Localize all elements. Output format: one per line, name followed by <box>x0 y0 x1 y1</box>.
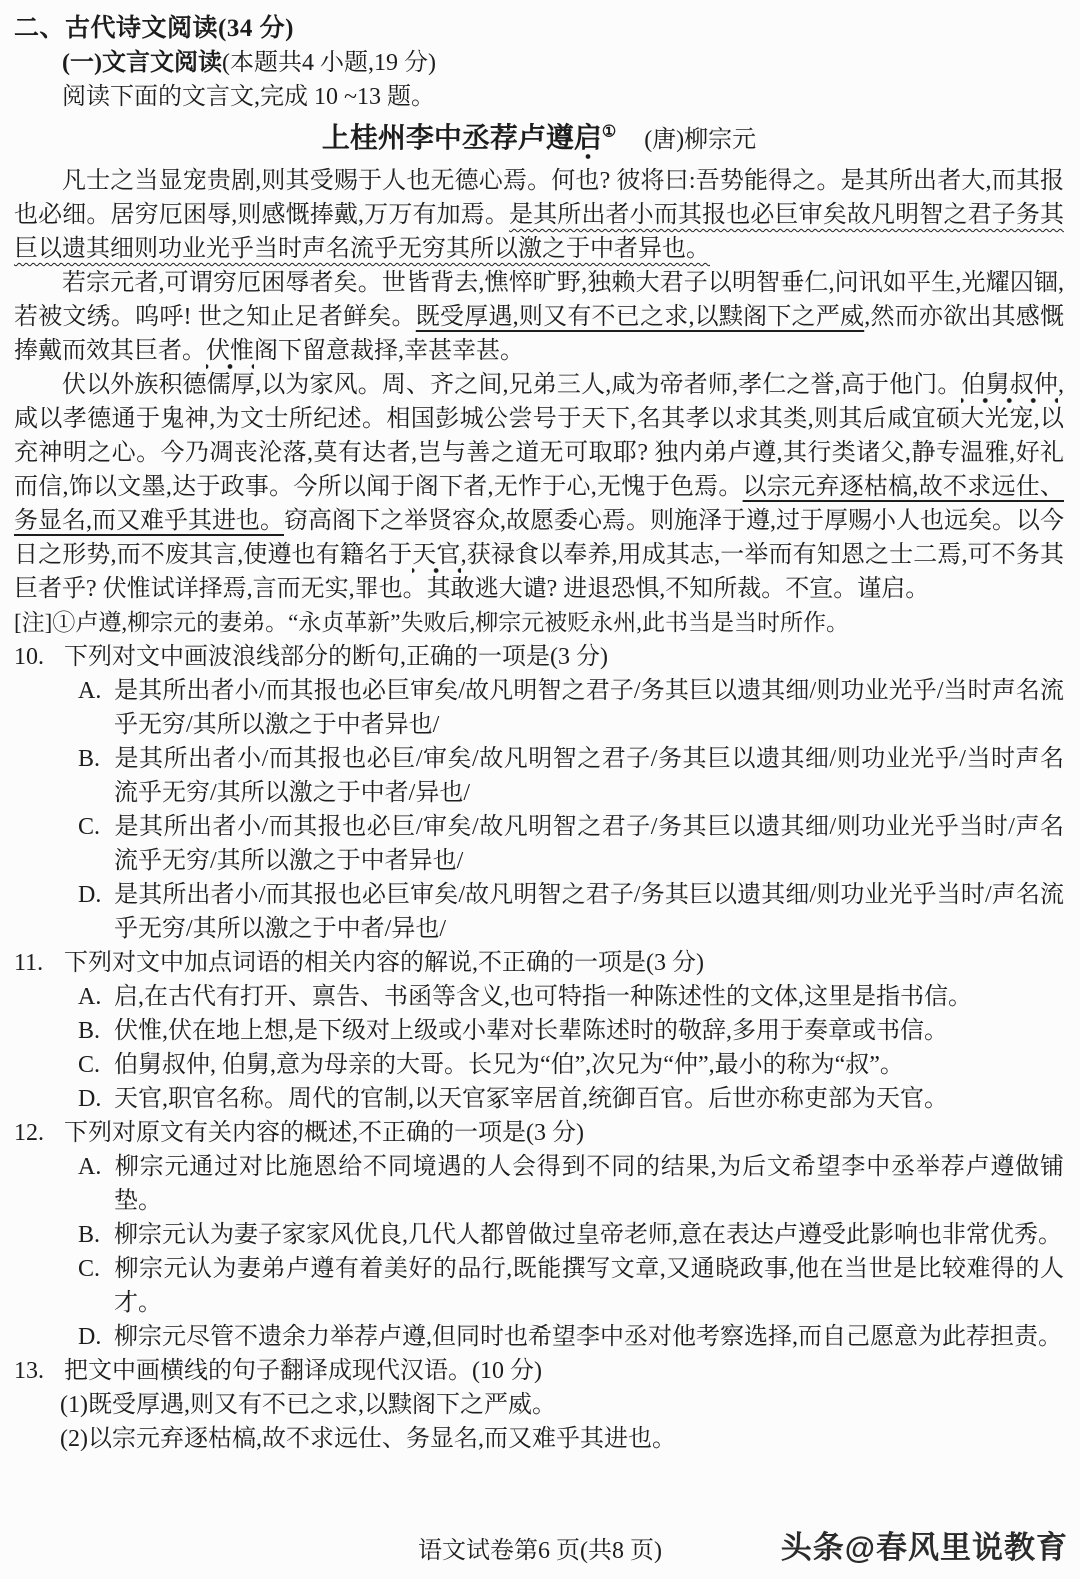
question-12: 12.下列对原文有关内容的概述,不正确的一项是(3 分)A.柳宗元通过对比施恩给… <box>14 1116 1064 1354</box>
option-D: D.是其所出者小/而其报也必巨审矣/故凡明智之君子/务其巨以遗其细/则功业光乎当… <box>78 878 1064 946</box>
translation-sentence: (1)既受厚遇,则又有不已之求,以黩阁下之严威。 <box>60 1388 1064 1422</box>
option-B: B.柳宗元认为妻子家家风优良,几代人都曾做过皇帝老师,意在表达卢遵受此影响也非常… <box>78 1218 1064 1252</box>
option-label: D. <box>78 878 114 912</box>
option-D: D.柳宗元尽管不遗余力举荐卢遵,但同时也希望李中丞对他考察选择,而自己愿意为此荐… <box>78 1320 1064 1354</box>
option-text: 天官,职官名称。周代的官制,以天官冢宰居首,统御百官。后世亦称吏部为天官。 <box>114 1086 948 1112</box>
passage-note: [注]①卢遵,柳宗元的妻弟。“永贞革新”失败后,柳宗元被贬永州,此书当是当时所作… <box>14 606 1064 640</box>
question-stem-text: 下列对文中画波浪线部分的断句,正确的一项是(3 分) <box>64 644 608 670</box>
option-D: D.天官,职官名称。周代的官制,以天官冢宰居首,统御百官。后世亦称吏部为天官。 <box>78 1082 1064 1116</box>
dotted-emphasis-text: 伏惟 <box>206 338 254 370</box>
option-label: A. <box>78 980 114 1014</box>
option-label: B. <box>78 1014 114 1048</box>
question-stem-text: 下列对原文有关内容的概述,不正确的一项是(3 分) <box>64 1120 584 1146</box>
option-label: B. <box>78 1218 114 1252</box>
question-number: 11. <box>14 946 64 980</box>
passage-text: 伏以外族积德儒厚,以为家风。周、齐之间,兄弟三人,咸为帝者师,孝仁之誉,高于他门… <box>62 372 961 398</box>
question-stem-text: 下列对文中加点词语的相关内容的解说,不正确的一项是(3 分) <box>64 950 704 976</box>
question-stem: 13.把文中画横线的句子翻译成现代汉语。(10 分) <box>14 1354 1064 1388</box>
option-label: D. <box>78 1082 114 1116</box>
underlined-text: 既受厚遇,则又有不已之求,以黩阁下之严威 <box>416 304 864 330</box>
option-text: 是其所出者小/而其报也必巨/审矣/故凡明智之君子/务其巨以遗其细/则功业光乎/当… <box>114 746 1064 806</box>
option-text: 是其所出者小/而其报也必巨审矣/故凡明智之君子/务其巨以遗其细/则功业光乎当时/… <box>114 882 1064 942</box>
dotted-emphasis-text: 伯舅叔仲 <box>961 372 1058 404</box>
question-stem: 11.下列对文中加点词语的相关内容的解说,不正确的一项是(3 分) <box>14 946 1064 980</box>
option-B: B.是其所出者小/而其报也必巨/审矣/故凡明智之君子/务其巨以遗其细/则功业光乎… <box>78 742 1064 810</box>
option-C: C.是其所出者小/而其报也必巨/审矣/故凡明智之君子/务其巨以遗其细/则功业光乎… <box>78 810 1064 878</box>
question-11: 11.下列对文中加点词语的相关内容的解说,不正确的一项是(3 分)A.启,在古代… <box>14 946 1064 1116</box>
option-text: 是其所出者小/而其报也必巨/审矣/故凡明智之君子/务其巨以遗其细/则功业光乎当时… <box>114 814 1064 874</box>
subsection-heading-bold: (一)文言文阅读 <box>62 50 222 76</box>
option-C: C.伯舅叔仲, 伯舅,意为母亲的大哥。长兄为“伯”,次兄为“仲”,最小的称为“叔… <box>78 1048 1064 1082</box>
option-label: C. <box>78 1048 114 1082</box>
option-A: A.柳宗元通过对比施恩给不同境遇的人会得到不同的结果,为后文希望李中丞举荐卢遵做… <box>78 1150 1064 1218</box>
option-text: 柳宗元尽管不遗余力举荐卢遵,但同时也希望李中丞对他考察选择,而自己愿意为此荐担责… <box>114 1324 1062 1350</box>
option-text: 是其所出者小/而其报也必巨审矣/故凡明智之君子/务其巨以遗其细/则功业光乎/当时… <box>114 678 1064 738</box>
option-text: 柳宗元认为妻子家家风优良,几代人都曾做过皇帝老师,意在表达卢遵受此影响也非常优秀… <box>114 1222 1062 1248</box>
option-text: 柳宗元通过对比施恩给不同境遇的人会得到不同的结果,为后文希望李中丞举荐卢遵做铺垫… <box>114 1154 1064 1214</box>
questions: 10.下列对文中画波浪线部分的断句,正确的一项是(3 分)A.是其所出者小/而其… <box>14 640 1064 1456</box>
option-B: B.伏惟,伏在地上想,是下级对上级或小辈对长辈陈述时的敬辞,多用于奏章或书信。 <box>78 1014 1064 1048</box>
option-label: B. <box>78 742 114 776</box>
option-text: 伏惟,伏在地上想,是下级对上级或小辈对长辈陈述时的敬辞,多用于奏章或书信。 <box>114 1018 948 1044</box>
question-number: 13. <box>14 1354 64 1388</box>
option-text: 启,在古代有打开、禀告、书函等含义,也可特指一种陈述性的文体,这里是指书信。 <box>114 984 972 1010</box>
passage: 凡士之当显宠贵剧,则其受赐于人也无德心焉。何也? 彼将曰:吾势能得之。是其所出者… <box>14 164 1064 606</box>
passage-paragraph: 伏以外族积德儒厚,以为家风。周、齐之间,兄弟三人,咸为帝者师,孝仁之誉,高于他门… <box>14 368 1064 606</box>
question-stem: 10.下列对文中画波浪线部分的断句,正确的一项是(3 分) <box>14 640 1064 674</box>
passage-paragraph: 若宗元者,可谓穷厄困辱者矣。世皆背去,憔悴旷野,独赖大君子以明智垂仁,问讯如平生… <box>14 266 1064 368</box>
option-label: C. <box>78 810 114 844</box>
exam-page: 二、古代诗文阅读(34 分) (一)文言文阅读(本题共4 小题,19 分) 阅读… <box>0 0 1080 1456</box>
option-label: A. <box>78 1150 114 1184</box>
watermark: 头条@春风里说教育 <box>781 1522 1068 1567</box>
question-stem: 12.下列对原文有关内容的概述,不正确的一项是(3 分) <box>14 1116 1064 1150</box>
question-stem-text: 把文中画横线的句子翻译成现代汉语。(10 分) <box>64 1358 542 1384</box>
passage-paragraph: 凡士之当显宠贵剧,则其受赐于人也无德心焉。何也? 彼将曰:吾势能得之。是其所出者… <box>14 164 1064 266</box>
dotted-emphasis-text: 天官 <box>412 542 460 574</box>
passage-author: (唐)柳宗元 <box>644 127 756 153</box>
passage-title: 上桂州李中丞荐卢遵启① <box>322 123 616 154</box>
option-C: C.柳宗元认为妻弟卢遵有着美好的品行,既能撰写文章,又通晓政事,他在当世是比较难… <box>78 1252 1064 1320</box>
section-heading: 二、古代诗文阅读(34 分) <box>14 12 1064 46</box>
footnote-marker: ① <box>602 124 616 141</box>
dotted-emphasis-text: 启 <box>574 123 602 160</box>
question-10: 10.下列对文中画波浪线部分的断句,正确的一项是(3 分)A.是其所出者小/而其… <box>14 640 1064 946</box>
question-number: 12. <box>14 1116 64 1150</box>
option-text: 柳宗元认为妻弟卢遵有着美好的品行,既能撰写文章,又通晓政事,他在当世是比较难得的… <box>114 1256 1064 1316</box>
option-label: C. <box>78 1252 114 1286</box>
passage-text: 阁下留意裁择,幸甚幸甚。 <box>254 338 524 364</box>
translation-sentence: (2)以宗元弃逐枯槁,故不求远仕、务显名,而又难乎其进也。 <box>60 1422 1064 1456</box>
question-13: 13.把文中画横线的句子翻译成现代汉语。(10 分)(1)既受厚遇,则又有不已之… <box>14 1354 1064 1456</box>
passage-title-line: 上桂州李中丞荐卢遵启①(唐)柳宗元 <box>14 117 1064 162</box>
option-label: D. <box>78 1320 114 1354</box>
subsection-heading-rest: (本题共4 小题,19 分) <box>222 50 436 76</box>
reading-instruction: 阅读下面的文言文,完成 10 ~13 题。 <box>14 80 1064 114</box>
option-text: 伯舅叔仲, 伯舅,意为母亲的大哥。长兄为“伯”,次兄为“仲”,最小的称为“叔”。 <box>114 1052 904 1078</box>
option-A: A.是其所出者小/而其报也必巨审矣/故凡明智之君子/务其巨以遗其细/则功业光乎/… <box>78 674 1064 742</box>
option-A: A.启,在古代有打开、禀告、书函等含义,也可特指一种陈述性的文体,这里是指书信。 <box>78 980 1064 1014</box>
option-label: A. <box>78 674 114 708</box>
passage-text: 上桂州李中丞荐卢遵 <box>322 123 574 154</box>
subsection-heading: (一)文言文阅读(本题共4 小题,19 分) <box>14 46 1064 80</box>
question-number: 10. <box>14 640 64 674</box>
